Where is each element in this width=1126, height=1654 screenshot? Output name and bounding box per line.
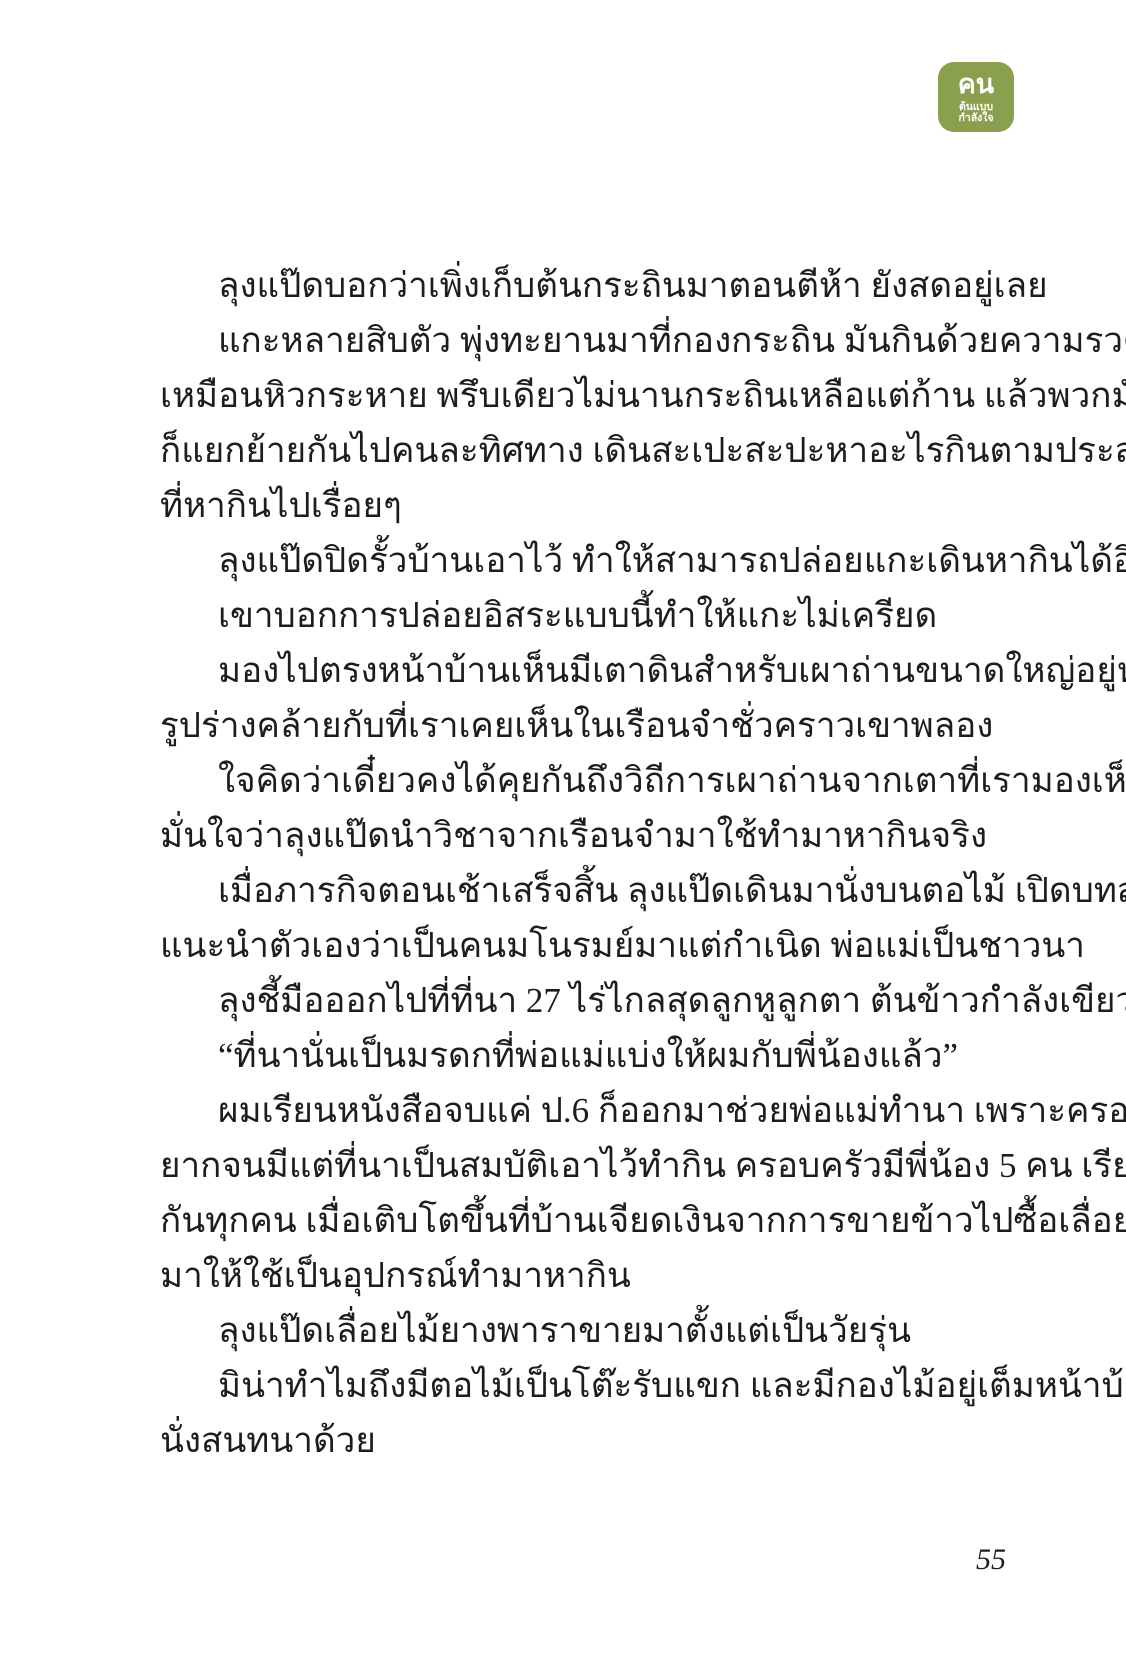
text-line: นั่งสนทนาด้วย [160,1413,1010,1468]
text-line: ลุงแป๊ดบอกว่าเพิ่งเก็บต้นกระถินมาตอนตีห้… [160,258,1010,313]
text-line: แกะหลายสิบตัว พุ่งทะยานมาที่กองกระถิน มั… [160,313,1010,368]
page-number: 55 [976,1543,1006,1577]
text-line: ลุงแป๊ดปิดรั้วบ้านเอาไว้ ทำให้สามารถปล่อ… [160,533,1010,588]
logo-text-sub2: กำลังใจ [958,113,993,124]
text-line: ที่หากินไปเรื่อยๆ [160,478,1010,533]
text-line: ลุงชี้มือออกไปที่ที่นา 27 ไร่ไกลสุดลูกหู… [160,973,1010,1028]
text-block: ลุงแป๊ดบอกว่าเพิ่งเก็บต้นกระถินมาตอนตีห้… [160,258,1010,1468]
book-page: คน ต้นแบบ กำลังใจ ลุงแป๊ดบอกว่าเพิ่งเก็บ… [0,0,1126,1654]
text-line: เมื่อภารกิจตอนเช้าเสร็จสิ้น ลุงแป๊ดเดินม… [160,863,1010,918]
text-line: เหมือนหิวกระหาย พรึบเดียวไม่นานกระถินเหล… [160,368,1010,423]
text-line: ลุงแป๊ดเลื่อยไม้ยางพาราขายมาตั้งแต่เป็นว… [160,1303,1010,1358]
text-line: มองไปตรงหน้าบ้านเห็นมีเตาดินสำหรับเผาถ่า… [160,643,1010,698]
text-line: ผมเรียนหนังสือจบแค่ ป.6 ก็ออกมาช่วยพ่อแม… [160,1083,1010,1138]
text-line: มั่นใจว่าลุงแป๊ดนำวิชาจากเรือนจำมาใช้ทำม… [160,808,1010,863]
text-line: เขาบอกการปล่อยอิสระแบบนี้ทำให้แกะไม่เครี… [160,588,1010,643]
text-line: ก็แยกย้ายกันไปคนละทิศทาง เดินสะเปะสะปะหา… [160,423,1010,478]
text-line: แนะนำตัวเองว่าเป็นคนมโนรมย์มาแต่กำเนิด พ… [160,918,1010,973]
text-line: “ที่นานั่นเป็นมรดกที่พ่อแม่แบ่งให้ผมกับพ… [160,1028,1010,1083]
text-line: กันทุกคน เมื่อเติบโตขึ้นที่บ้านเจียดเงิน… [160,1193,1010,1248]
text-line: ใจคิดว่าเดี๋ยวคงได้คุยกันถึงวิถีการเผาถ่… [160,753,1010,808]
text-line: มาให้ใช้เป็นอุปกรณ์ทำมาหากิน [160,1248,1010,1303]
text-line: รูปร่างคล้ายกับที่เราเคยเห็นในเรือนจำชั่… [160,698,1010,753]
publisher-logo-badge: คน ต้นแบบ กำลังใจ [938,62,1014,132]
text-line: มิน่าทำไมถึงมีตอไม้เป็นโต๊ะรับแขก และมีก… [160,1358,1010,1413]
logo-text-main: คน [958,71,995,98]
logo-text-sub1: ต้นแบบ [959,102,993,113]
text-line: ยากจนมีแต่ที่นาเป็นสมบัติเอาไว้ทำกิน ครอ… [160,1138,1010,1193]
